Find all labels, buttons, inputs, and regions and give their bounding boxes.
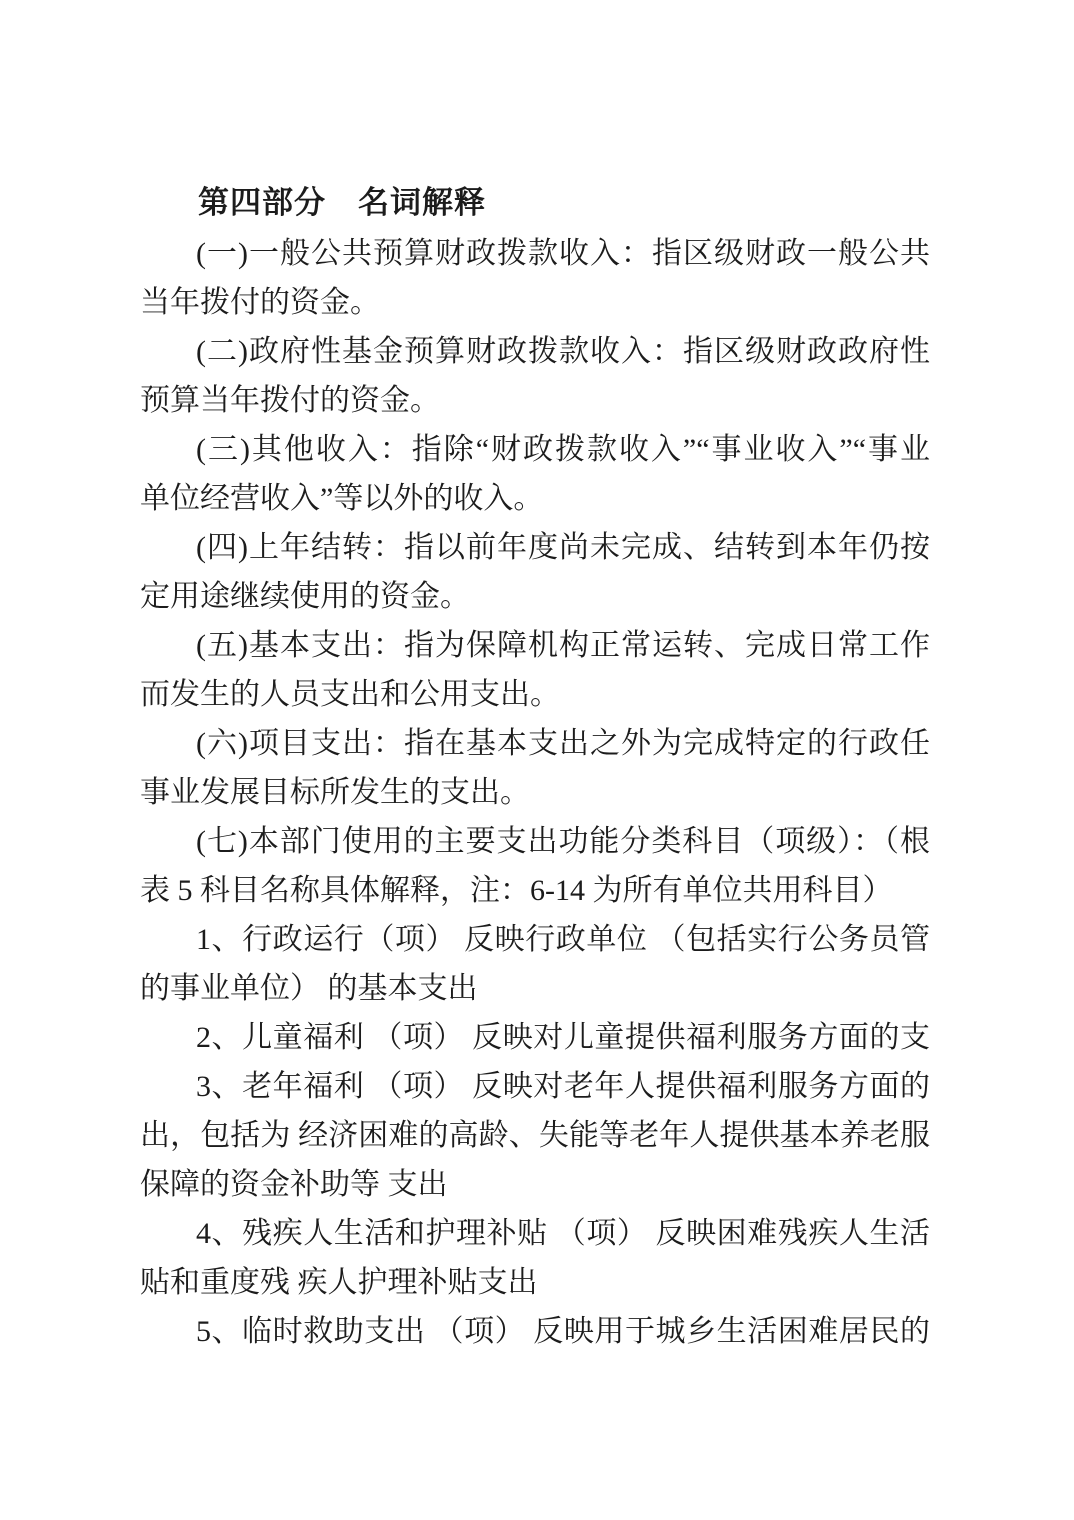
paragraph: (六)项目支出：指在基本支出之外为完成特定的行政任务和事业发展目标所发生的支出。 — [140, 719, 930, 817]
paragraph-line: 定用途继续使用的资金。 — [140, 572, 930, 621]
paragraph-line: 单位经营收入”等以外的收入。 — [140, 474, 930, 523]
paragraph-line: (四)上年结转：指以前年度尚未完成、结转到本年仍按原规 — [140, 523, 930, 572]
paragraph-line: 贴和重度残 疾人护理补贴支出 — [140, 1258, 930, 1307]
paragraph-line: 表 5 科目名称具体解释，注：6-14 为所有单位共用科目） — [140, 866, 930, 915]
paragraph: (四)上年结转：指以前年度尚未完成、结转到本年仍按原规定用途继续使用的资金。 — [140, 523, 930, 621]
paragraph-line: (六)项目支出：指在基本支出之外为完成特定的行政任务和 — [140, 719, 930, 768]
paragraph-line: (五)基本支出：指为保障机构正常运转、完成日常工作任务 — [140, 621, 930, 670]
paragraph-line: 出，包括为 经济困难的高龄、失能等老年人提供基本养老服务 — [140, 1111, 930, 1160]
paragraph-line: (七)本部门使用的主要支出功能分类科目（项级）：（根据 — [140, 817, 930, 866]
paragraph-line: (一)一般公共预算财政拨款收入：指区级财政一般公共预算 — [140, 229, 930, 278]
paragraph: (七)本部门使用的主要支出功能分类科目（项级）：（根据表 5 科目名称具体解释，… — [140, 817, 930, 915]
paragraph: 4、残疾人生活和护理补贴 （项） 反映困难残疾人生活补贴和重度残 疾人护理补贴支… — [140, 1209, 930, 1307]
paragraph-line: 事业发展目标所发生的支出。 — [140, 768, 930, 817]
paragraph-line: 4、残疾人生活和护理补贴 （项） 反映困难残疾人生活补 — [140, 1209, 930, 1258]
paragraph: 3、老年福利 （项） 反映对老年人提供福利服务方面的支出，包括为 经济困难的高龄… — [140, 1062, 930, 1209]
section-title: 第四部分 名词解释 — [140, 178, 930, 227]
paragraph: (二)政府性基金预算财政拨款收入：指区级财政政府性基金预算当年拨付的资金。 — [140, 327, 930, 425]
paragraph-line: 2、儿童福利 （项） 反映对儿童提供福利服务方面的支出 — [140, 1013, 930, 1062]
document-page: 第四部分 名词解释 (一)一般公共预算财政拨款收入：指区级财政一般公共预算当年拨… — [0, 0, 1074, 1520]
paragraph-line: 预算当年拨付的资金。 — [140, 376, 930, 425]
paragraph-line: 5、临时救助支出 （项） 反映用于城乡生活困难居民的临 — [140, 1307, 930, 1356]
paragraph-line: 3、老年福利 （项） 反映对老年人提供福利服务方面的支 — [140, 1062, 930, 1111]
paragraph: 2、儿童福利 （项） 反映对儿童提供福利服务方面的支出 — [140, 1013, 930, 1062]
document-body: (一)一般公共预算财政拨款收入：指区级财政一般公共预算当年拨付的资金。(二)政府… — [140, 229, 930, 1356]
paragraph-line: 保障的资金补助等 支出 — [140, 1160, 930, 1209]
paragraph-line: 当年拨付的资金。 — [140, 278, 930, 327]
paragraph-line: 的事业单位） 的基本支出 — [140, 964, 930, 1013]
paragraph: (五)基本支出：指为保障机构正常运转、完成日常工作任务而发生的人员支出和公用支出… — [140, 621, 930, 719]
paragraph: (三)其他收入：指除“财政拨款收入”“事业收入”“事业单位经营收入”等以外的收入… — [140, 425, 930, 523]
document-content: 第四部分 名词解释 (一)一般公共预算财政拨款收入：指区级财政一般公共预算当年拨… — [140, 178, 930, 1356]
paragraph: (一)一般公共预算财政拨款收入：指区级财政一般公共预算当年拨付的资金。 — [140, 229, 930, 327]
paragraph-line: 而发生的人员支出和公用支出。 — [140, 670, 930, 719]
paragraph: 1、行政运行（项） 反映行政单位 （包括实行公务员管理的事业单位） 的基本支出 — [140, 915, 930, 1013]
paragraph-line: (三)其他收入：指除“财政拨款收入”“事业收入”“事业 — [140, 425, 930, 474]
paragraph-line: (二)政府性基金预算财政拨款收入：指区级财政政府性基金 — [140, 327, 930, 376]
paragraph-line: 1、行政运行（项） 反映行政单位 （包括实行公务员管理 — [140, 915, 930, 964]
paragraph: 5、临时救助支出 （项） 反映用于城乡生活困难居民的临 — [140, 1307, 930, 1356]
